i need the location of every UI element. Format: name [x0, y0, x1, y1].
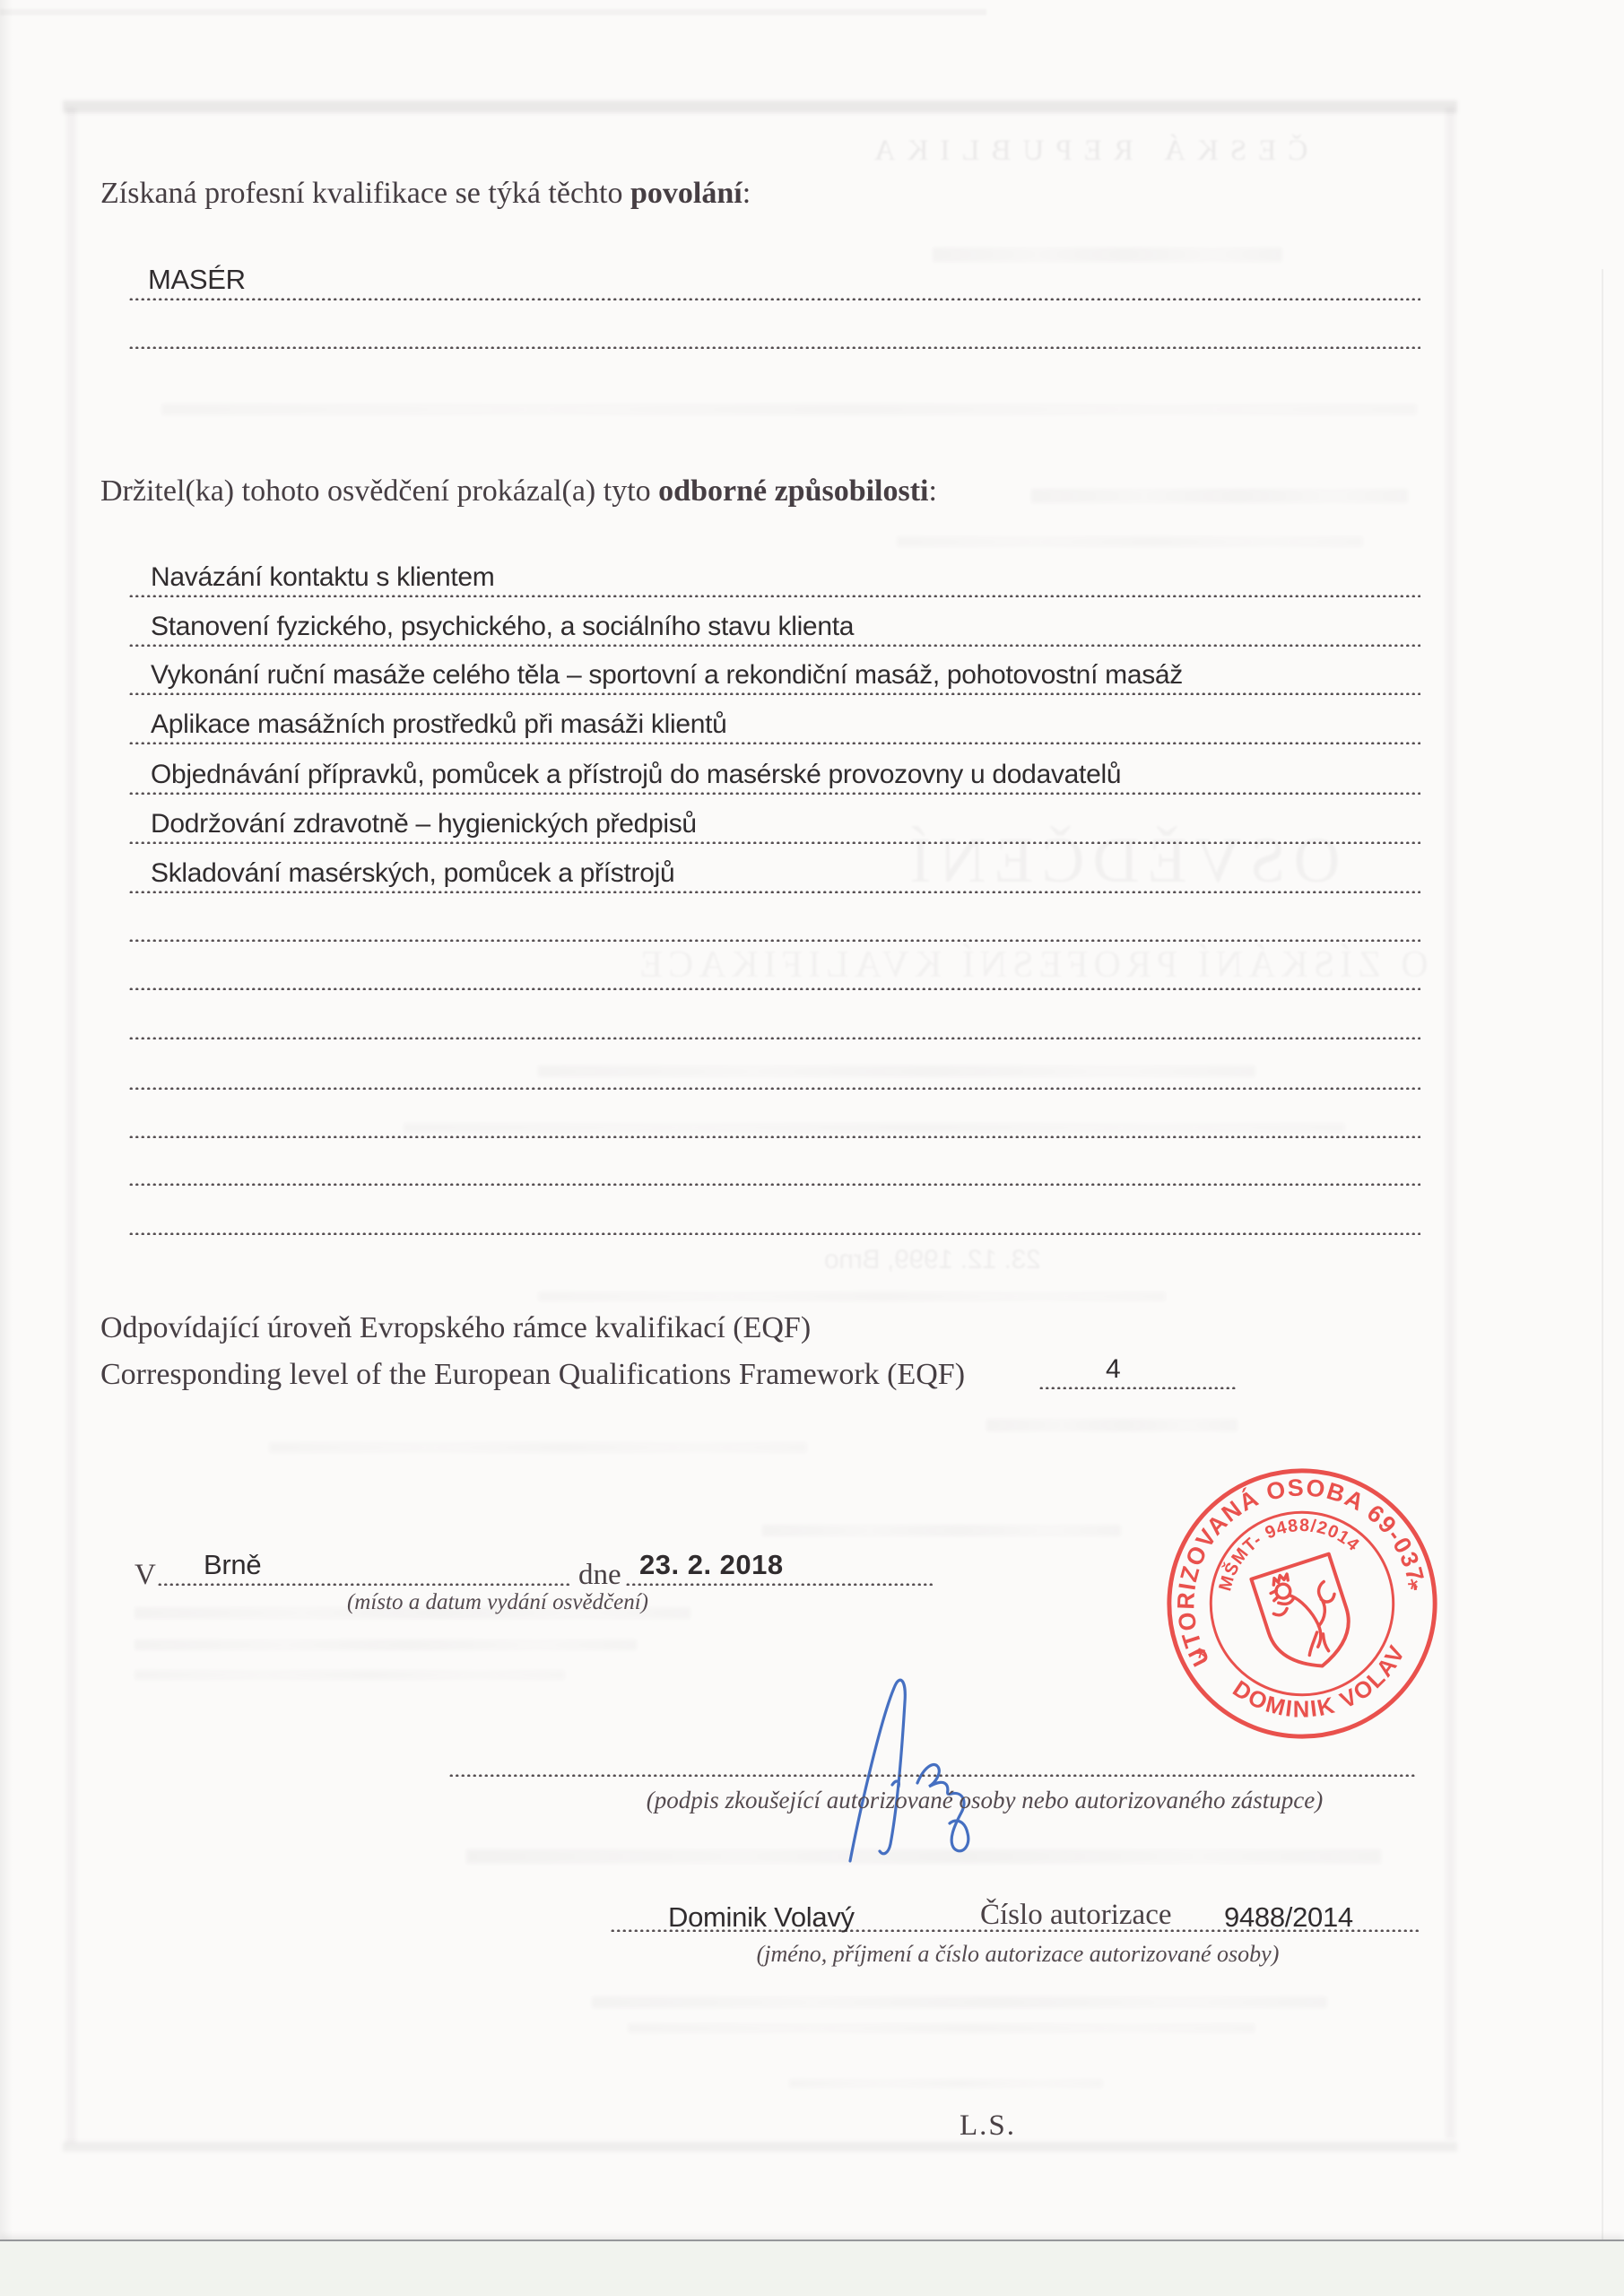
bleed-smudge — [897, 536, 1363, 547]
competency-row: Dodržování zdravotně – hygienických před… — [128, 809, 1420, 844]
bleed-smudge — [789, 2079, 1103, 2088]
dotted-line — [128, 987, 1420, 990]
dotted-line — [128, 1135, 1420, 1138]
dotted-line — [128, 594, 1420, 597]
competency-text: Aplikace masážních prostředků při masáži… — [151, 709, 727, 740]
heading-competencies: Držitel(ka) tohoto osvědčení prokázal(a)… — [100, 474, 937, 509]
issue-date-label: dne — [578, 1559, 621, 1592]
dotted-line — [128, 840, 1420, 844]
scan-left-edge — [0, 0, 13, 2296]
dotted-line — [128, 1182, 1420, 1186]
bleed-smudge — [161, 404, 1417, 415]
dotted-line — [128, 345, 1420, 349]
competency-row: Aplikace masážních prostředků při masáži… — [128, 709, 1420, 744]
paper-bottom-edge — [0, 2239, 1624, 2296]
bleed-birth-line: 23. 12. 1999, Brno — [780, 1245, 1085, 1275]
bleed-smudge — [404, 1123, 1345, 1133]
competency-row: Navázání kontaktu s klientem — [128, 562, 1420, 597]
ls-seal-mark: L.S. — [960, 2109, 1016, 2143]
dotted-line — [128, 691, 1420, 695]
bleed-smudge — [135, 1639, 637, 1650]
dotted-line — [625, 1582, 933, 1586]
dotted-line — [128, 1231, 1420, 1235]
eqf-label-en: Corresponding level of the European Qual… — [100, 1358, 965, 1392]
bleed-smudge — [538, 1065, 1255, 1077]
issue-place-field: Brně — [157, 1552, 569, 1586]
dotted-line — [128, 890, 1420, 893]
bleed-smudge — [986, 1419, 1238, 1431]
eqf-level-field: 4 — [1038, 1356, 1236, 1389]
authorized-person-name: Dominik Volavý — [668, 1901, 855, 1934]
dotted-line — [128, 791, 1420, 795]
issue-date-field: 23. 2. 2018 — [625, 1552, 933, 1586]
dotted-line — [1038, 1386, 1236, 1389]
dotted-line — [128, 297, 1420, 300]
bleed-smudge — [269, 1442, 807, 1453]
authorization-number-value: 9488/2014 — [1224, 1901, 1353, 1934]
dotted-line — [128, 741, 1420, 744]
competency-text: Stanovení fyzického, psychického, a soci… — [151, 612, 854, 642]
bleed-smudge — [135, 1670, 565, 1680]
bleed-smudge — [538, 1291, 1166, 1301]
competency-text: Vykonání ruční masáže celého těla – spor… — [151, 660, 1183, 691]
authorization-number-label: Číslo autorizace — [980, 1899, 1172, 1932]
eqf-label-cz: Odpovídající úroveň Evropského rámce kva… — [100, 1311, 811, 1345]
stamp-shield-icon — [1251, 1554, 1360, 1679]
dotted-line — [128, 643, 1420, 647]
competency-row: Vykonání ruční masáže celého těla – spor… — [128, 660, 1420, 695]
dotted-line — [128, 1036, 1420, 1039]
bleed-country-title: ČESKÁ REPUBLIKA — [861, 135, 1309, 168]
competency-row: Skladování masérských, pomůcek a přístro… — [128, 858, 1420, 893]
authorization-stamp: AUTORIZOVANÁ OSOBA 69-037-M DOMINIK VOLA… — [1160, 1462, 1444, 1745]
occupation-field: MASÉR — [128, 265, 1420, 300]
dotted-line — [128, 938, 1420, 942]
competency-text: Dodržování zdravotně – hygienických před… — [151, 809, 697, 839]
heading-competencies-prefix: Držitel(ka) tohoto osvědčení prokázal(a)… — [100, 474, 658, 508]
dotted-line — [128, 1086, 1420, 1090]
heading-occupation: Získaná profesní kvalifikace se týká těc… — [100, 177, 751, 211]
competency-text: Skladování masérských, pomůcek a přístro… — [151, 858, 674, 889]
competency-row: Stanovení fyzického, psychického, a soci… — [128, 612, 1420, 647]
bleed-smudge — [592, 1996, 1327, 2008]
signature-caption: (podpis zkoušející autorizované osoby ne… — [617, 1787, 1352, 1814]
bleed-smudge — [762, 1525, 1121, 1536]
issue-caption: (místo a datum vydání osvědčení) — [296, 1590, 699, 1615]
heading-competencies-suffix: : — [929, 474, 937, 508]
eqf-level-value: 4 — [1106, 1354, 1120, 1385]
authorized-person-caption: (jméno, příjmení a číslo autorizace auto… — [749, 1941, 1287, 1968]
bleed-frame-top — [63, 100, 1457, 113]
heading-occupation-bold: povolání — [630, 177, 743, 210]
bleed-frame-left — [66, 108, 76, 2144]
competency-row: Objednávání přípravků, pomůcek a přístro… — [128, 760, 1420, 795]
paper-right-edge — [1602, 269, 1603, 2239]
dotted-line — [157, 1582, 569, 1586]
bleed-smudge — [1031, 489, 1408, 503]
heading-occupation-prefix: Získaná profesní kvalifikace se týká těc… — [100, 177, 630, 210]
signature-dotted-line — [448, 1773, 1417, 1777]
bleed-smudge — [933, 248, 1282, 262]
competency-text: Objednávání přípravků, pomůcek a přístro… — [151, 760, 1121, 790]
bleed-certificate-subtitle: O ZÍSKÁNÍ PROFESNÍ KVALIFIKACE — [628, 944, 1435, 987]
issue-date-value: 23. 2. 2018 — [639, 1549, 784, 1581]
issue-place-value: Brně — [204, 1549, 261, 1581]
bleed-frame-right — [1446, 108, 1455, 2139]
bleed-frame-bottom — [63, 2142, 1457, 2152]
issue-place-label: V — [135, 1559, 156, 1592]
scan-top-edge — [0, 9, 986, 15]
heading-competencies-bold: odborné způsobilosti — [658, 474, 928, 508]
bleed-smudge — [628, 2023, 1255, 2033]
certificate-scan-page: ČESKÁ REPUBLIKA OSVĚDČENÍ O ZÍSKÁNÍ PROF… — [0, 0, 1624, 2296]
heading-occupation-suffix: : — [743, 177, 751, 210]
competency-text: Navázání kontaktu s klientem — [151, 562, 494, 593]
occupation-value: MASÉR — [148, 264, 246, 296]
